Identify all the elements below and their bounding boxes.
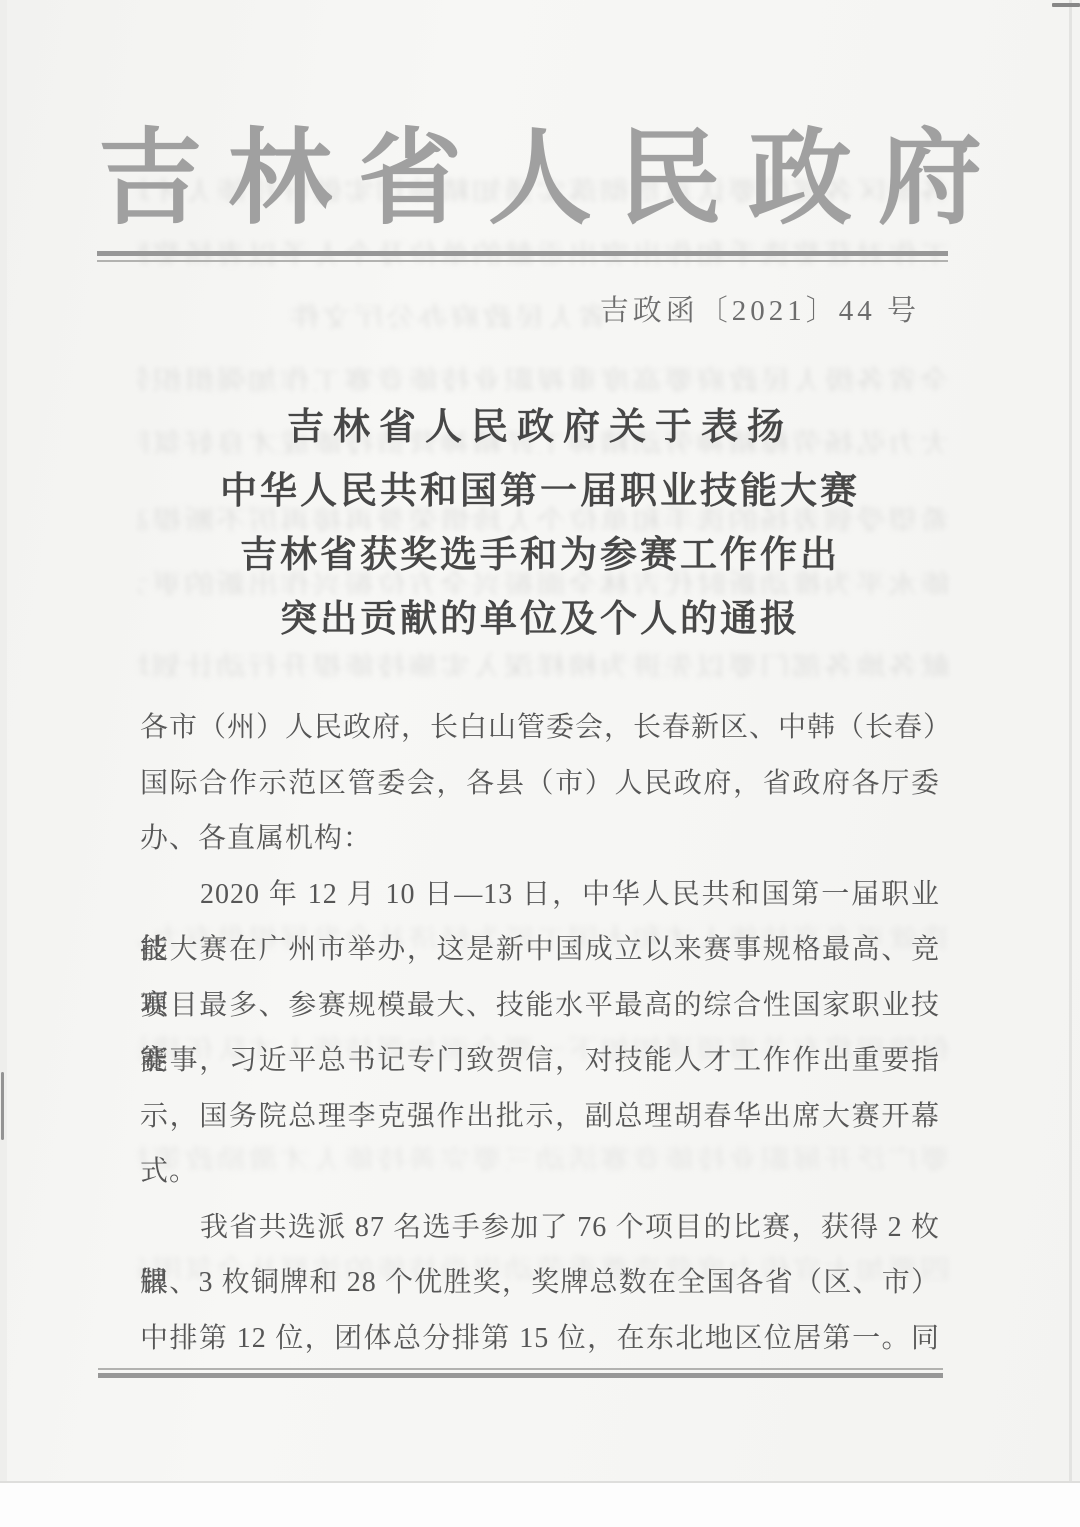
body-paragraph-line: 示，国务院总理李克强作出批示，副总理胡春华出席大赛开幕: [140, 1089, 940, 1145]
document-number: 吉政函〔2021〕44 号: [0, 288, 1080, 329]
title-line: 中华人民共和国第一届职业技能大赛: [0, 460, 1080, 524]
body-paragraph-line: 项目最多、参赛规模最大、技能水平最高的综合性国家职业技能: [140, 978, 940, 1034]
recipients-line: 各市（州）人民政府，长白山管委会，长春新区、中韩（长春）: [140, 700, 940, 756]
header-rule-thick-line: [97, 251, 948, 256]
scan-corner-mark: [1052, 3, 1080, 7]
body-paragraph-line: 中排第 12 位，团体总分排第 15 位，在东北地区位居第一。同: [140, 1311, 940, 1367]
scan-left-edge-strip: [0, 0, 7, 1483]
document-body: 各市（州）人民政府，长白山管委会，长春新区、中韩（长春） 国际合作示范区管委会，…: [140, 700, 940, 1366]
document-title: 吉林省人民政府关于表扬 中华人民共和国第一届职业技能大赛 吉林省获奖选手和为参赛…: [0, 396, 1080, 652]
footer-rule-thick-line: [98, 1373, 943, 1378]
header-rule-thin-line: [97, 260, 948, 262]
body-paragraph-line: 我省共选派 87 名选手参加了 76 个项目的比赛，获得 2 枚银: [140, 1200, 940, 1256]
footer-double-rule: [98, 1368, 943, 1378]
title-line: 吉林省人民政府关于表扬: [0, 396, 1080, 460]
scan-right-page-edge: [1069, 0, 1072, 1483]
letterhead-org-name: 吉林省人民政府: [0, 122, 1080, 238]
body-paragraph-line: 式。: [140, 1144, 940, 1200]
scanner-background: [0, 1483, 1080, 1527]
recipients-line: 国际合作示范区管委会，各县（市）人民政府，省政府各厅委: [140, 756, 940, 812]
scan-left-edge-mark: [1, 1072, 4, 1140]
recipients-line: 办、各直属机构：: [140, 811, 940, 867]
header-double-rule: [97, 251, 948, 262]
scanned-document-page: 各地区各部门要认真贯彻落实通知精神切实做好技能人才培养 工作对获奖选手和作出突出…: [0, 0, 1080, 1483]
body-paragraph-line: 牌、3 枚铜牌和 28 个优胜奖，奖牌总数在全国各省（区、市）: [140, 1255, 940, 1311]
body-paragraph-line: 能大赛在广州市举办，这是新中国成立以来赛事规格最高、竞赛: [140, 922, 940, 978]
body-paragraph-line: 2020 年 12 月 10 日—13 日，中华人民共和国第一届职业技: [140, 867, 940, 923]
body-paragraph-line: 赛事，习近平总书记专门致贺信，对技能人才工作作出重要指: [140, 1033, 940, 1089]
title-line: 突出贡献的单位及个人的通报: [0, 588, 1080, 652]
title-line: 吉林省获奖选手和为参赛工作作出: [0, 524, 1080, 588]
footer-rule-thin-line: [98, 1368, 943, 1370]
bleed-through-text: 全省各级人民政府要高度重视职业技能竞赛工作加强组织领导: [138, 357, 950, 391]
